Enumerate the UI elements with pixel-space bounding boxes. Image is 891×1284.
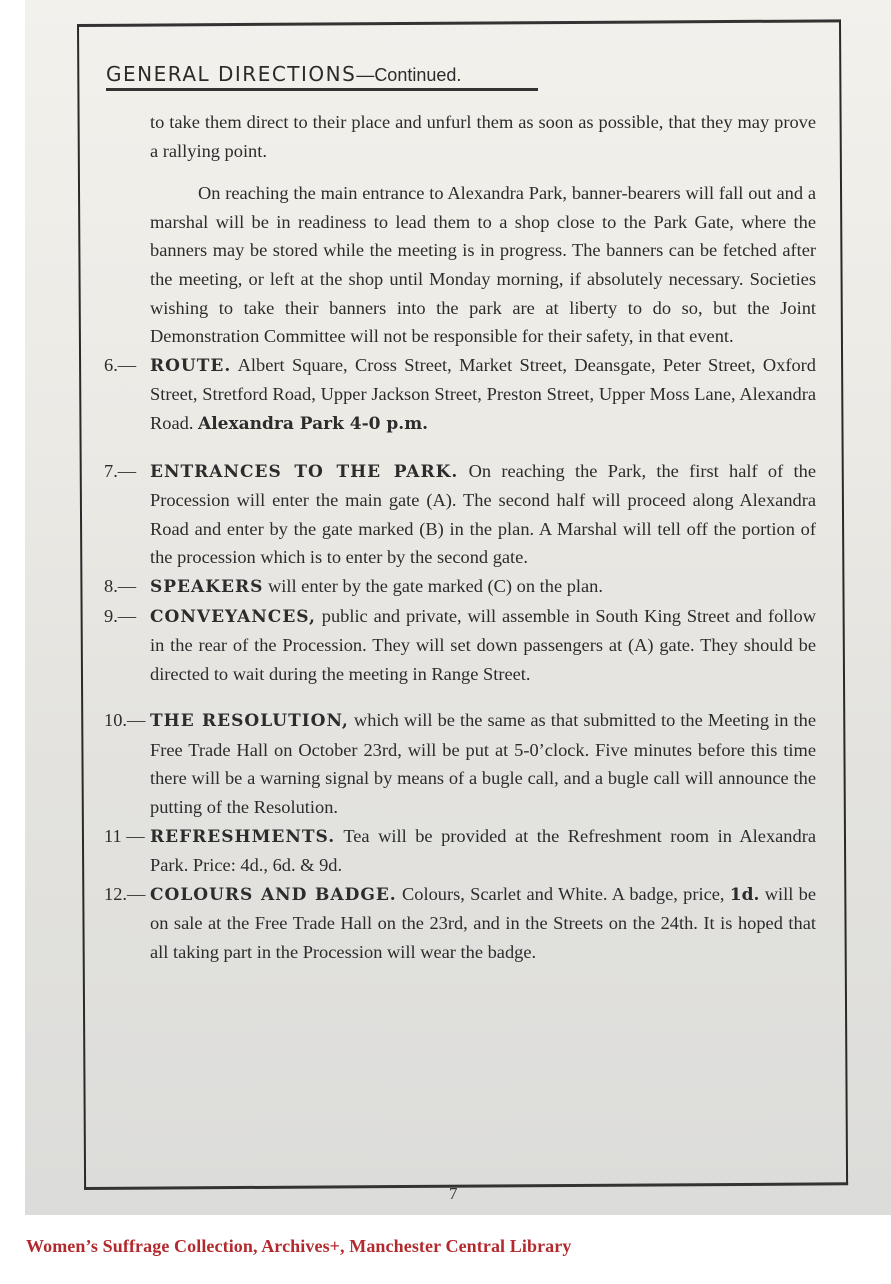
item-resolution: 10.—THE RESOLUTION, which will be the sa… <box>104 706 816 821</box>
item-number: 7.— <box>104 457 136 486</box>
item-conveyances: 9.—CONVEYANCES, public and private, will… <box>104 602 816 689</box>
document-body: to take them direct to their place and u… <box>104 108 816 967</box>
source-caption: Women’s Suffrage Collection, Archives+, … <box>26 1236 571 1257</box>
item-heading: COLOURS AND BADGE. <box>150 885 397 905</box>
item-speakers: 8.—SPEAKERS will enter by the gate marke… <box>104 572 816 602</box>
page-number: 7 <box>449 1184 458 1204</box>
item-emphasis: 1d. <box>730 885 760 905</box>
item-heading: SPEAKERS <box>150 577 263 597</box>
item-heading: ROUTE. <box>150 356 231 376</box>
item-refreshments: 11 —REFRESHMENTS. Tea will be provided a… <box>104 822 816 880</box>
page-title: GENERAL DIRECTIONS—Continued. <box>106 62 538 91</box>
item-number: 6.— <box>104 351 136 380</box>
item-heading: REFRESHMENTS. <box>150 827 335 847</box>
item-text: Colours, Scarlet and White. A badge, pri… <box>397 884 730 904</box>
banner-paragraph: On reaching the main entrance to Alexand… <box>150 179 816 351</box>
item-entrances: 7.—ENTRANCES TO THE PARK. On reaching th… <box>104 457 816 572</box>
item-text: will enter by the gate marked (C) on the… <box>263 576 603 596</box>
item-heading: THE RESOLUTION, <box>150 711 349 731</box>
item-route: 6.—ROUTE. Albert Square, Cross Street, M… <box>104 351 816 439</box>
item-heading: CONVEYANCES, <box>150 607 316 627</box>
item-number: 12.— <box>104 880 145 909</box>
header-suffix: —Continued. <box>356 65 461 85</box>
item-number: 11 — <box>104 822 145 851</box>
continuation-paragraph: to take them direct to their place and u… <box>150 108 816 165</box>
item-number: 8.— <box>104 572 136 601</box>
item-number: 10.— <box>104 706 145 735</box>
item-colours-badge: 12.—COLOURS AND BADGE. Colours, Scarlet … <box>104 880 816 967</box>
item-emphasis: Alexandra Park 4-0 p.m. <box>198 414 428 434</box>
header-title: GENERAL DIRECTIONS <box>106 62 356 86</box>
item-heading: ENTRANCES TO THE PARK. <box>150 462 458 482</box>
item-number: 9.— <box>104 602 136 631</box>
